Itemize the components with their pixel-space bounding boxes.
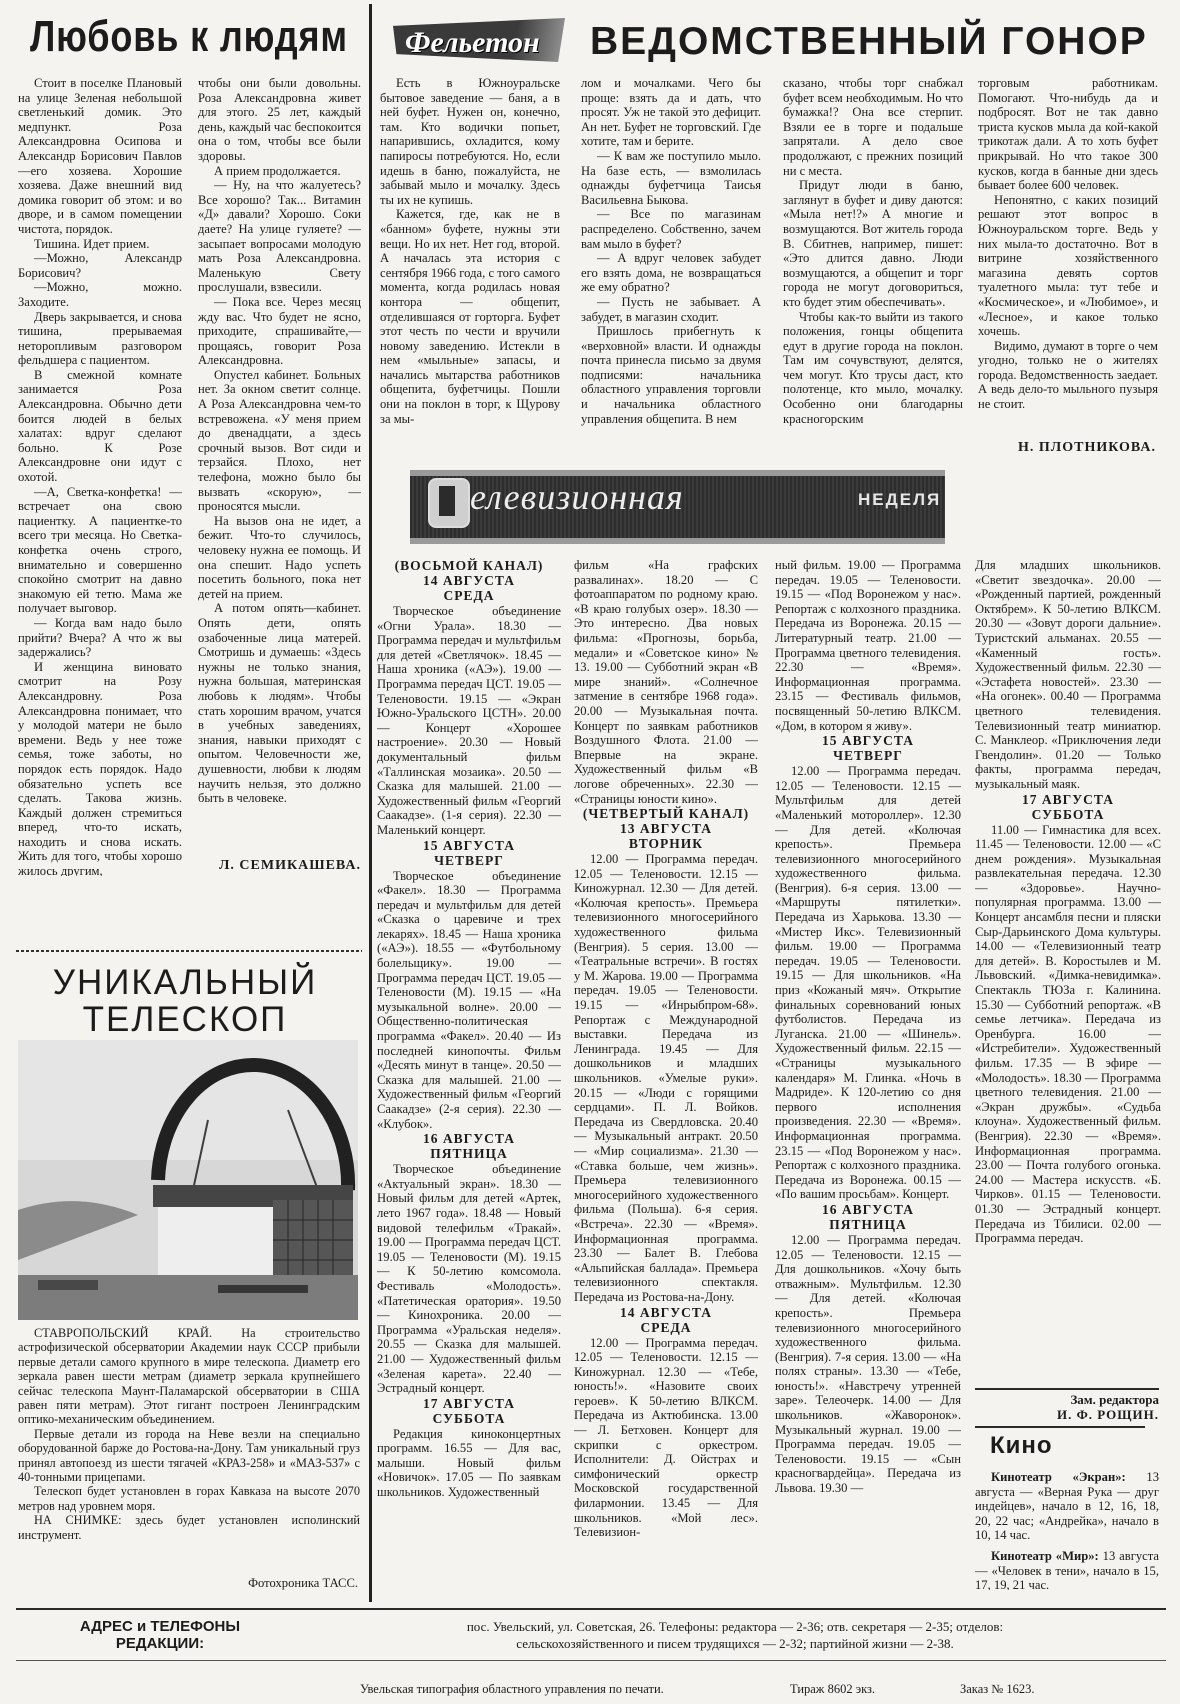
article-love-column-1: Стоит в поселке Плановый на улице Зелена… xyxy=(18,76,182,876)
paragraph: лом и мочалками. Чего бы проще: взять да… xyxy=(581,76,761,149)
schedule-day-heading: 15 АВГУСТА xyxy=(377,839,561,853)
schedule-day-heading: (ВОСЬМОЙ КАНАЛ) xyxy=(377,559,561,573)
paragraph: Тишина. Идет прием. xyxy=(18,237,182,252)
paragraph: торговым работникам. Помогают. Что-нибуд… xyxy=(978,76,1158,193)
schedule-entry: Творческое объединение «Факел». 18.30 — … xyxy=(377,869,561,1132)
paragraph: — Все по магазинам распределено. Собстве… xyxy=(581,207,761,251)
schedule-entry: ный фильм. 19.00 — Программа передач. 19… xyxy=(775,558,961,733)
paragraph: Стоит в поселке Плановый на улице Зелена… xyxy=(18,76,182,237)
article-love-author: Л. СЕМИКАШЕВА. xyxy=(198,858,361,874)
paragraph: Пришлось прибегнуть к «верховной» власти… xyxy=(581,324,761,426)
footer-printer: Увельская типография областного управлен… xyxy=(360,1682,664,1697)
kino-venue: Кинотеатр «Экран»: xyxy=(991,1470,1126,1484)
paragraph: Первые детали из города на Неве везли на… xyxy=(18,1427,360,1485)
article-love-column-2: чтобы они были довольны. Роза Александро… xyxy=(198,76,361,866)
footer-address-line1: пос. Увельский, ул. Советская, 26. Телеф… xyxy=(310,1618,1160,1635)
paragraph: Есть в Южноуральске бытовое заведение — … xyxy=(380,76,560,207)
paragraph: А потом опять—кабинет. Опять дети, опять… xyxy=(198,601,361,805)
paragraph: —А, Светка-конфетка! — встречает она сво… xyxy=(18,485,182,616)
photo-credit: Фотохроника ТАСС. xyxy=(180,1576,358,1591)
tv-set-icon xyxy=(428,478,470,528)
paragraph: — Когда вам надо было прийти? Вчера? А ч… xyxy=(18,616,182,660)
schedule-entry: Для младших школьников. «Светит звездочк… xyxy=(975,558,1161,792)
kino-listing: Кинотеатр «Экран»: 13 августа — «Верная … xyxy=(975,1470,1159,1543)
schedule-day-heading: 17 АВГУСТА xyxy=(975,793,1161,807)
editor-block: Зам. редактора И. Ф. РОЩИН. xyxy=(975,1392,1159,1422)
paragraph: НА СНИМКЕ: здесь будет установлен исполи… xyxy=(18,1513,360,1542)
section-divider xyxy=(16,950,362,952)
paragraph: сказано, чтобы торг снабжал буфет всем н… xyxy=(783,76,963,178)
paragraph: — А вдруг человек забудет его взять дома… xyxy=(581,251,761,295)
schedule-day-heading: 16 АВГУСТА xyxy=(377,1132,561,1146)
paragraph: СТАВРОПОЛЬСКИЙ КРАЙ. На строительство ас… xyxy=(18,1326,360,1427)
column-rule-left xyxy=(369,4,372,1602)
telescope-dome-photo xyxy=(18,1040,358,1320)
footer-address-label: АДРЕС и ТЕЛЕФОНЫ РЕДАКЦИИ: xyxy=(50,1618,270,1652)
telescope-title-line1: УНИКАЛЬНЫЙ xyxy=(20,964,350,1001)
schedule-entry: Редакция киноконцертных программ. 16.55 … xyxy=(377,1427,561,1500)
tv-schedule-column-2: фильм «На графских развалинах». 18.20 — … xyxy=(574,558,758,1594)
tv-schedule-column-4: Для младших школьников. «Светит звездочк… xyxy=(975,558,1161,1384)
editor-divider-top xyxy=(975,1388,1159,1390)
paragraph: На вызов она не идет, а бежит. Что-то сл… xyxy=(198,514,361,602)
schedule-day-heading: 17 АВГУСТА xyxy=(377,1397,561,1411)
schedule-day-heading: (ЧЕТВЕРТЫЙ КАНАЛ) xyxy=(574,807,758,821)
paragraph: Кажется, где, как не в «банном» буфете, … xyxy=(380,207,560,426)
schedule-entry: фильм «На графских развалинах». 18.20 — … xyxy=(574,558,758,806)
editor-title: Зам. редактора xyxy=(975,1392,1159,1407)
kino-venue: Кинотеатр «Мир»: xyxy=(991,1549,1099,1563)
schedule-day-heading: СРЕДА xyxy=(377,589,561,603)
article-title-love: Любовь к людям xyxy=(30,12,309,62)
tv-schedule-column-3: ный фильм. 19.00 — Программа передач. 19… xyxy=(775,558,961,1594)
paragraph: —Можно, можно. Заходите. xyxy=(18,280,182,309)
paragraph: чтобы они были довольны. Роза Александро… xyxy=(198,76,361,164)
paragraph: — К вам же поступило мыло. На базе есть,… xyxy=(581,149,761,207)
telescope-title-line2: ТЕЛЕСКОП xyxy=(20,1001,350,1038)
article-title-telescope: УНИКАЛЬНЫЙ ТЕЛЕСКОП xyxy=(20,964,350,1038)
paragraph: Видимо, думают в торге о чем угодно, тол… xyxy=(978,339,1158,412)
paragraph: Непонятно, с каких позиций решают этот в… xyxy=(978,193,1158,339)
schedule-day-heading: ПЯТНИЦА xyxy=(377,1147,561,1161)
schedule-entry: 11.00 — Гимнастика для всех. 11.45 — Тел… xyxy=(975,823,1161,1246)
schedule-day-heading: 16 АВГУСТА xyxy=(775,1203,961,1217)
schedule-day-heading: 14 АВГУСТА xyxy=(377,574,561,588)
footer-rule-bottom xyxy=(16,1660,1166,1661)
feuilleton-rubric-label: Фельетон xyxy=(405,26,565,60)
footer-address: пос. Увельский, ул. Советская, 26. Телеф… xyxy=(310,1618,1160,1652)
schedule-day-heading: 14 АВГУСТА xyxy=(574,1306,758,1320)
footer-circulation: Тираж 8602 экз. xyxy=(790,1682,875,1697)
feuilleton-column-2: лом и мочалками. Чего бы проще: взять да… xyxy=(581,76,761,458)
paragraph: — Пусть не забывает. А забудет, в магази… xyxy=(581,295,761,324)
kino-listing: Кинотеатр «Мир»: 13 августа — «Человек в… xyxy=(975,1549,1159,1590)
paragraph: Дверь закрывается, и снова тишина, преры… xyxy=(18,310,182,368)
observatory-dome-illustration xyxy=(18,1040,358,1320)
editor-divider-bottom xyxy=(975,1426,1145,1428)
paragraph: А прием продолжается. xyxy=(198,164,361,179)
article-title-feuilleton: ВЕДОМСТВЕННЫЙ ГОНОР xyxy=(590,20,1150,64)
paragraph: — Ну, на что жалуетесь? Все хорошо? Так.… xyxy=(198,178,361,295)
footer-address-line2: сельскохозяйственного и писем трудящихся… xyxy=(310,1635,1160,1652)
schedule-day-heading: СУББОТА xyxy=(975,808,1161,822)
feuilleton-author: Н. ПЛОТНИКОВА. xyxy=(978,440,1156,456)
tv-schedule-column-1: (ВОСЬМОЙ КАНАЛ)14 АВГУСТАСРЕДАТворческое… xyxy=(377,558,561,1594)
schedule-day-heading: СРЕДА xyxy=(574,1321,758,1335)
paragraph: —Можно, Александр Борисович? xyxy=(18,251,182,280)
paragraph: — Пока все. Через месяц жду вас. Что буд… xyxy=(198,295,361,368)
schedule-entry: 12.00 — Программа передач. 12.05 — Телен… xyxy=(574,1336,758,1540)
schedule-entry: Творческое объединение «Актуальный экран… xyxy=(377,1162,561,1396)
article-telescope-body: СТАВРОПОЛЬСКИЙ КРАЙ. На строительство ас… xyxy=(18,1326,360,1566)
schedule-day-heading: 13 АВГУСТА xyxy=(574,822,758,836)
paragraph: И женщина виновато смотрит на Розу Алекс… xyxy=(18,660,182,876)
feuilleton-column-4: торговым работникам. Помогают. Что-нибуд… xyxy=(978,76,1158,438)
kino-listings: Кинотеатр «Экран»: 13 августа — «Верная … xyxy=(975,1470,1159,1590)
paragraph: Придут люди в баню, заглянут в буфет и д… xyxy=(783,178,963,309)
feuilleton-column-1: Есть в Южноуральске бытовое заведение — … xyxy=(380,76,560,458)
schedule-day-heading: ЧЕТВЕРГ xyxy=(377,854,561,868)
paragraph: Чтобы как-то выйти из такого положения, … xyxy=(783,310,963,427)
kino-title: Кино xyxy=(990,1432,1053,1460)
schedule-day-heading: СУББОТА xyxy=(377,1412,561,1426)
schedule-entry: Творческое объединение «Огни Урала». 18.… xyxy=(377,604,561,838)
footer-rule-top xyxy=(16,1608,1166,1610)
tv-week-banner-word: НЕДЕЛЯ xyxy=(858,490,941,510)
schedule-day-heading: 15 АВГУСТА xyxy=(775,734,961,748)
editor-name: И. Ф. РОЩИН. xyxy=(975,1407,1159,1422)
tv-week-banner-script: елевизионная xyxy=(470,476,684,518)
schedule-entry: 12.00 — Программа передач. 12.05 — Телен… xyxy=(775,764,961,1202)
footer-order: Заказ № 1623. xyxy=(960,1682,1034,1697)
feuilleton-column-3: сказано, чтобы торг снабжал буфет всем н… xyxy=(783,76,963,458)
paragraph: Телескоп будет установлен в горах Кавказ… xyxy=(18,1484,360,1513)
schedule-entry: 12.00 — Программа передач. 12.05 — Телен… xyxy=(574,852,758,1304)
paragraph: В смежной комнате занимается Роза Алекса… xyxy=(18,368,182,485)
schedule-day-heading: ПЯТНИЦА xyxy=(775,1218,961,1232)
schedule-entry: 12.00 — Программа передач. 12.05 — Телен… xyxy=(775,1233,961,1496)
schedule-day-heading: ЧЕТВЕРГ xyxy=(775,749,961,763)
schedule-day-heading: ВТОРНИК xyxy=(574,837,758,851)
paragraph: Опустел кабинет. Больных нет. За окном с… xyxy=(198,368,361,514)
